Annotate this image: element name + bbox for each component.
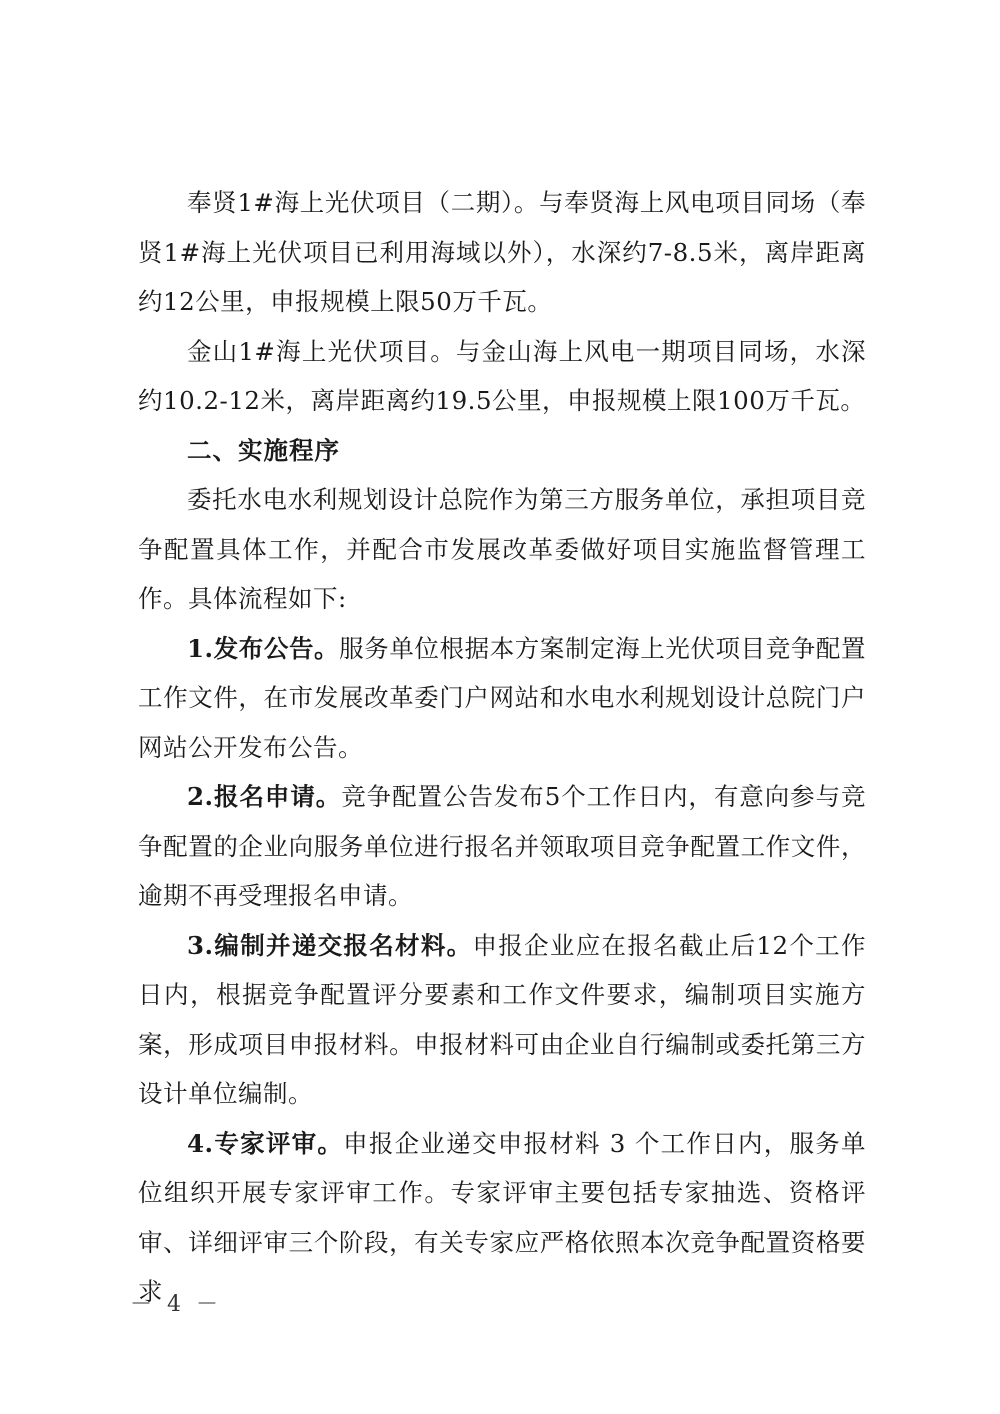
- document-body: 奉贤1#海上光伏项目（二期）。与奉贤海上风电项目同场（奉贤1#海上光伏项目已利用…: [138, 178, 866, 1317]
- step-prepare-materials: 3.编制并递交报名材料。申报企业应在报名截止后12个工作日内，根据竞争配置评分要…: [138, 921, 866, 1119]
- page-number: － 4 －: [130, 1290, 222, 1320]
- paragraph-fengxian-project: 奉贤1#海上光伏项目（二期）。与奉贤海上风电项目同场（奉贤1#海上光伏项目已利用…: [138, 178, 866, 327]
- paragraph-jinshan-project: 金山1#海上光伏项目。与金山海上风电一期项目同场，水深约10.2-12米，离岸距…: [138, 327, 866, 426]
- step-lead: 3.编制并递交报名材料。: [187, 931, 472, 960]
- step-publish-announcement: 1.发布公告。服务单位根据本方案制定海上光伏项目竞争配置工作文件，在市发展改革委…: [138, 624, 866, 773]
- paragraph-text: 金山1#海上光伏项目。与金山海上风电一期项目同场，水深约10.2-12米，离岸距…: [138, 337, 866, 416]
- paragraph-intro: 委托水电水利规划设计总院作为第三方服务单位，承担项目竞争配置具体工作，并配合市发…: [138, 475, 866, 624]
- document-page: 奉贤1#海上光伏项目（二期）。与奉贤海上风电项目同场（奉贤1#海上光伏项目已利用…: [0, 0, 1000, 1414]
- step-lead: 2.报名申请。: [187, 782, 341, 811]
- step-lead: 4.专家评审。: [187, 1129, 343, 1158]
- paragraph-text: 委托水电水利规划设计总院作为第三方服务单位，承担项目竞争配置具体工作，并配合市发…: [138, 485, 866, 613]
- step-registration: 2.报名申请。竞争配置公告发布5个工作日内，有意向参与竞争配置的企业向服务单位进…: [138, 772, 866, 921]
- step-expert-review: 4.专家评审。申报企业递交申报材料 3 个工作日内，服务单位组织开展专家评审工作…: [138, 1119, 866, 1317]
- step-lead: 1.发布公告。: [187, 634, 339, 663]
- section-heading-implementation: 二、实施程序: [138, 426, 866, 476]
- paragraph-text: 奉贤1#海上光伏项目（二期）。与奉贤海上风电项目同场（奉贤1#海上光伏项目已利用…: [138, 188, 866, 316]
